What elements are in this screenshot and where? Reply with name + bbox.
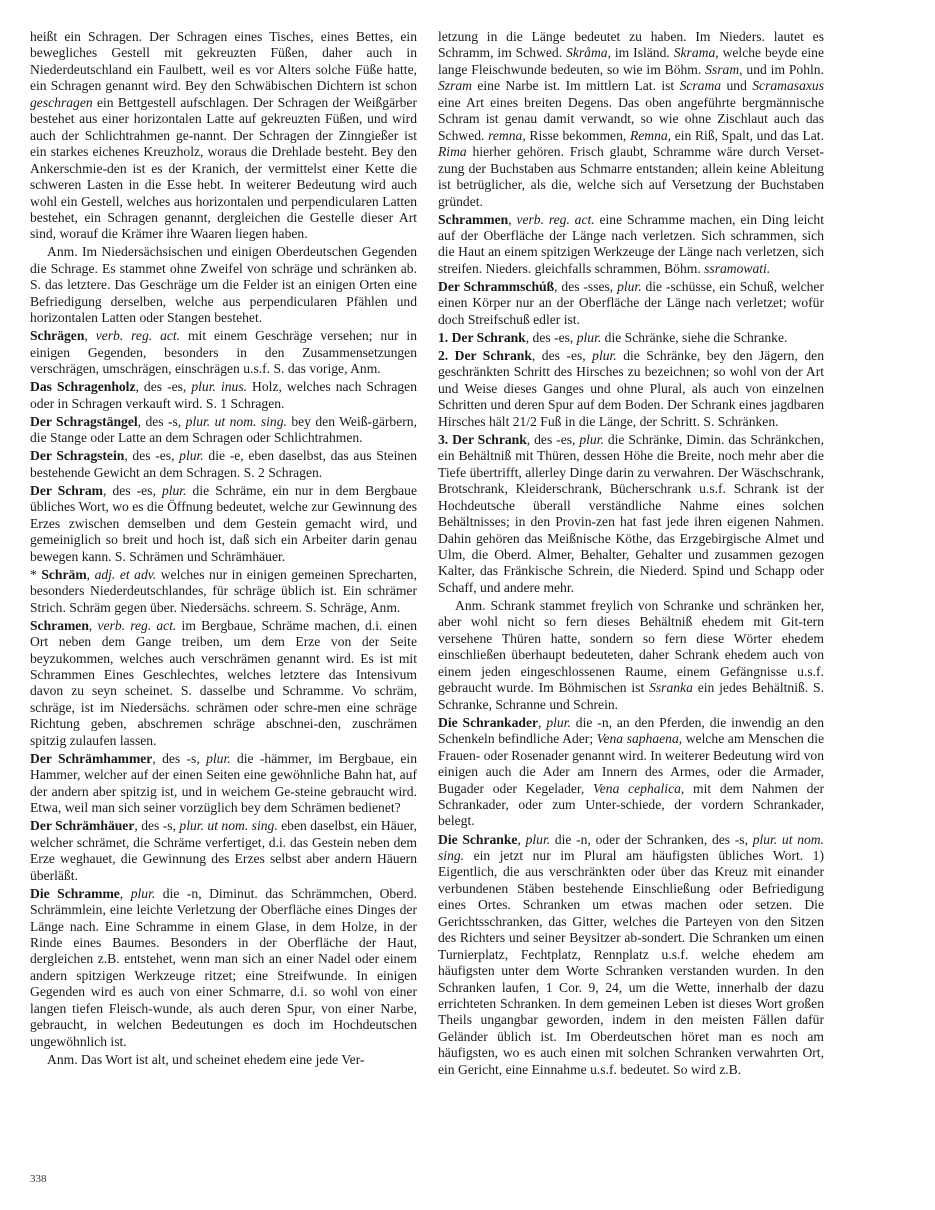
- italic-term: Skrama,: [674, 45, 719, 60]
- entry-text: ,: [120, 886, 131, 901]
- italic-term: Vena saphaena,: [597, 731, 683, 746]
- italic-term: verb. reg. act.: [516, 212, 594, 227]
- dictionary-entry: Der Schragstängel, des -s, plur. ut nom.…: [30, 414, 417, 447]
- entry-text: , des -es,: [135, 379, 191, 394]
- headword: Schräm: [41, 567, 86, 582]
- italic-term: Scramasaxus: [752, 78, 824, 93]
- headword: Der Schrammschúß: [438, 279, 554, 294]
- entry-text: im Bergbaue, Schräme machen, d.i. einen …: [30, 618, 417, 748]
- italic-term: plur.: [579, 432, 604, 447]
- entry-text: die Schränke, Dimin. das Schränkchen, ei…: [438, 432, 824, 595]
- dictionary-entry: Das Schragenholz, des -es, plur. inus. H…: [30, 379, 417, 412]
- italic-term: Rima: [438, 144, 467, 159]
- italic-term: verb. reg. act.: [97, 618, 176, 633]
- dictionary-entry: Anm. Im Niedersächsischen und einigen Ob…: [30, 244, 417, 326]
- entry-text: , des -s,: [134, 818, 179, 833]
- italic-term: geschragen: [30, 95, 93, 110]
- entry-text: ein Riß, Spalt, und das Lat.: [671, 128, 824, 143]
- dictionary-entry: Die Schramme, plur. die -n, Diminut. das…: [30, 886, 417, 1051]
- headword: Das Schragenholz: [30, 379, 135, 394]
- dictionary-entry: Die Schrankader, plur. die -n, an den Pf…: [438, 715, 824, 830]
- italic-term: plur. ut nom. sing.: [179, 818, 277, 833]
- dictionary-entry: letzung in die Länge bedeutet zu haben. …: [438, 29, 824, 210]
- entry-text: ,: [87, 567, 95, 582]
- headword: Schramen: [30, 618, 89, 633]
- dictionary-entry: 1. Der Schrank, des -es, plur. die Schrä…: [438, 330, 824, 346]
- dictionary-entry: Der Schragstein, des -es, plur. die -e, …: [30, 448, 417, 481]
- italic-term: Skråma,: [566, 45, 611, 60]
- italic-term: Scrama: [680, 78, 722, 93]
- entry-text: die Schränke, siehe die Schranke.: [601, 330, 787, 345]
- headword: 2. Der Schrank: [438, 348, 532, 363]
- headword: Die Schrankader: [438, 715, 538, 730]
- headword: Der Schrämhäuer: [30, 818, 134, 833]
- headword: 1. Der Schrank: [438, 330, 526, 345]
- italic-term: plur.: [162, 483, 187, 498]
- italic-term: plur.: [526, 832, 551, 847]
- entry-text: Anm. Im Niedersächsischen und einigen Ob…: [30, 244, 417, 325]
- headword: Schrammen: [438, 212, 508, 227]
- entry-text: und: [721, 78, 752, 93]
- entry-text: , des -es,: [103, 483, 162, 498]
- entry-text: *: [30, 567, 41, 582]
- italic-term: Remna,: [630, 128, 671, 143]
- italic-term: Szram: [438, 78, 472, 93]
- italic-term: Ssram,: [705, 62, 742, 77]
- italic-term: remna,: [488, 128, 526, 143]
- entry-text: die -n, Diminut. das Schrämmchen, Oberd.…: [30, 886, 417, 1049]
- dictionary-entry: * Schräm, adj. et adv. welches nur in ei…: [30, 567, 417, 616]
- dictionary-entry: Der Schrämhäuer, des -s, plur. ut nom. s…: [30, 818, 417, 884]
- dictionary-entry: Der Schram, des -es, plur. die Schräme, …: [30, 483, 417, 565]
- dictionary-entry: Schrägen, verb. reg. act. mit einem Gesc…: [30, 328, 417, 377]
- entry-text: , des -s,: [152, 751, 206, 766]
- dictionary-entry: Schramen, verb. reg. act. im Bergbaue, S…: [30, 618, 417, 750]
- entry-text: hierher gehören. Frisch glaubt, Schramme…: [438, 144, 824, 208]
- dictionary-entry: 3. Der Schrank, des -es, plur. die Schrä…: [438, 432, 824, 597]
- headword: Schrägen: [30, 328, 84, 343]
- dictionary-entry: heißt ein Schragen. Der Schragen eines T…: [30, 29, 417, 243]
- entry-text: ein Bettgestell aufschlagen. Der Schrage…: [30, 95, 417, 242]
- entry-text: , des -es,: [532, 348, 592, 363]
- entry-text: Anm. Das Wort ist alt, und scheinet ehed…: [47, 1052, 365, 1067]
- dictionary-entry: 2. Der Schrank, des -es, plur. die Schrä…: [438, 348, 824, 430]
- entry-text: ein jetzt nur im Plural am häufigsten üb…: [438, 848, 824, 1077]
- headword: Der Schrämhammer: [30, 751, 152, 766]
- italic-term: plur.: [546, 715, 571, 730]
- entry-text: im Isländ.: [611, 45, 674, 60]
- headword: Die Schramme: [30, 886, 120, 901]
- right-column: letzung in die Länge bedeutet zu haben. …: [438, 29, 824, 1080]
- headword: Die Schranke: [438, 832, 517, 847]
- italic-term: verb. reg. act.: [96, 328, 180, 343]
- entry-text: Risse bekommen,: [526, 128, 630, 143]
- italic-term: plur. ut nom. sing.: [186, 414, 287, 429]
- entry-text: , des -s,: [138, 414, 186, 429]
- italic-term: Ssranka: [649, 680, 693, 695]
- entry-text: ,: [517, 832, 525, 847]
- entry-text: heißt ein Schragen. Der Schragen eines T…: [30, 29, 417, 93]
- entry-text: , des -es,: [527, 432, 580, 447]
- entry-text: , des -es,: [526, 330, 577, 345]
- headword: Der Schragstängel: [30, 414, 138, 429]
- dictionary-entry: Der Schrammschúß, des -sses, plur. die -…: [438, 279, 824, 328]
- page-number: 338: [30, 1173, 47, 1185]
- entry-text: eine Narbe ist. Im mittlern Lat. ist: [472, 78, 680, 93]
- entry-text: ,: [84, 328, 95, 343]
- dictionary-entry: Schrammen, verb. reg. act. eine Schramme…: [438, 212, 824, 278]
- left-column: heißt ein Schragen. Der Schragen eines T…: [30, 29, 417, 1070]
- entry-text: , des -es,: [124, 448, 179, 463]
- headword: Der Schram: [30, 483, 103, 498]
- italic-term: plur.: [617, 279, 642, 294]
- italic-term: plur.: [577, 330, 602, 345]
- italic-term: plur.: [592, 348, 617, 363]
- entry-text: , des -sses,: [554, 279, 617, 294]
- dictionary-entry: Der Schrämhammer, des -s, plur. die -häm…: [30, 751, 417, 817]
- italic-term: ssramowati.: [704, 261, 770, 276]
- dictionary-entry: Anm. Das Wort ist alt, und scheinet ehed…: [30, 1052, 417, 1068]
- italic-term: plur.: [131, 886, 156, 901]
- entry-text: und im Pohln.: [743, 62, 824, 77]
- italic-term: plur. inus.: [191, 379, 247, 394]
- headword: Der Schragstein: [30, 448, 124, 463]
- italic-term: plur.: [179, 448, 204, 463]
- italic-term: plur.: [206, 751, 231, 766]
- italic-term: adj. et adv.: [95, 567, 157, 582]
- italic-term: Vena cephalica,: [593, 781, 684, 796]
- dictionary-entry: Anm. Schrank stammet freylich von Schran…: [438, 598, 824, 713]
- entry-text: die -n, oder der Schranken, des -s,: [550, 832, 753, 847]
- dictionary-entry: Die Schranke, plur. die -n, oder der Sch…: [438, 832, 824, 1079]
- headword: 3. Der Schrank: [438, 432, 527, 447]
